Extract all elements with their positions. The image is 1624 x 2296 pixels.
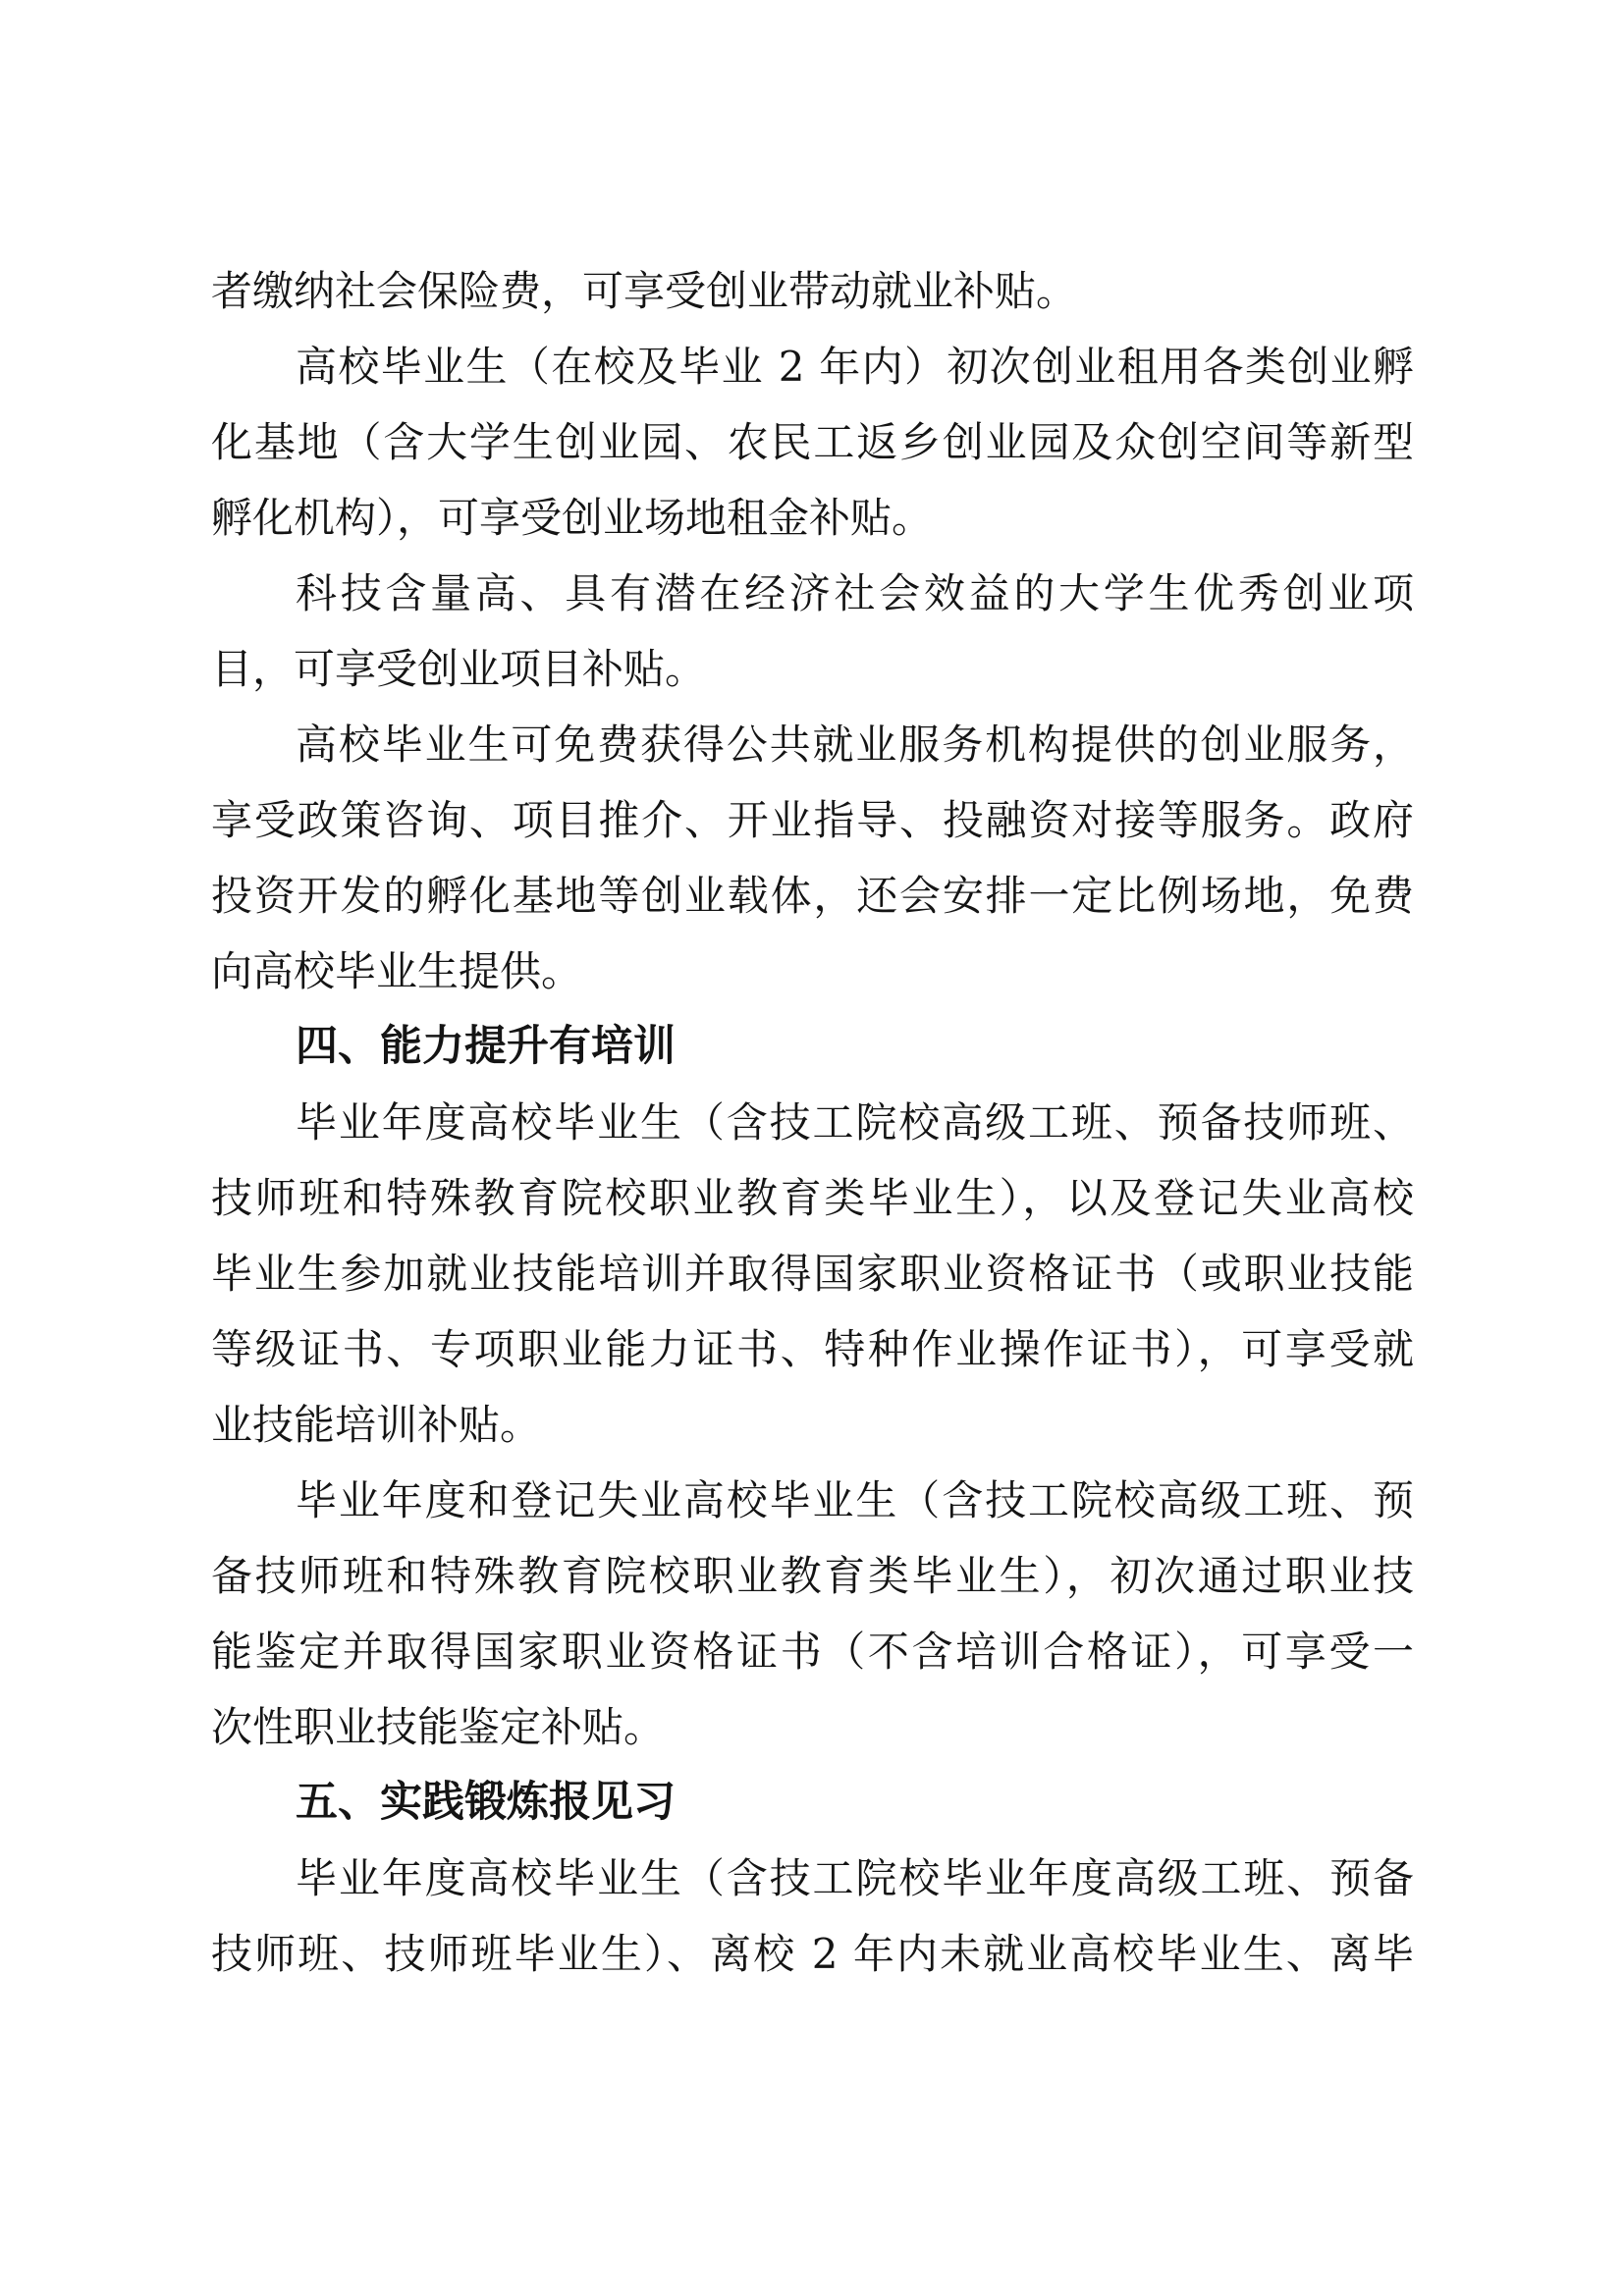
text-line: 技师班和特殊教育院校职业教育类毕业生），以及登记失业高校 — [211, 1160, 1414, 1236]
text-line: 毕业年度高校毕业生（含技工院校毕业年度高级工班、预备 — [211, 1841, 1414, 1916]
text-line: 目，可享受创业项目补贴。 — [211, 631, 1414, 707]
text-line: 高校毕业生（在校及毕业 2 年内）初次创业租用各类创业孵 — [211, 329, 1414, 404]
paragraph: 毕业年度高校毕业生（含技工院校毕业年度高级工班、预备 技师班、技师班毕业生）、离… — [211, 1841, 1414, 1992]
section-heading-4: 四、能力提升有培训 — [211, 1009, 1414, 1085]
text-line: 能鉴定并取得国家职业资格证书（不含培训合格证），可享受一 — [211, 1614, 1414, 1689]
text-line: 技师班、技师班毕业生）、离校 2 年内未就业高校毕业生、离毕 — [211, 1916, 1414, 1992]
text-line: 备技师班和特殊教育院校职业教育类毕业生），初次通过职业技 — [211, 1538, 1414, 1614]
text-line: 次性职业技能鉴定补贴。 — [211, 1689, 1414, 1765]
text-line: 等级证书、专项职业能力证书、特种作业操作证书），可享受就 — [211, 1311, 1414, 1387]
text-block: 者缴纳社会保险费，可享受创业带动就业补贴。 高校毕业生（在校及毕业 2 年内）初… — [211, 253, 1414, 1992]
text-line: 科技含量高、具有潜在经济社会效益的大学生优秀创业项 — [211, 556, 1414, 631]
heading-text: 四、能力提升有培训 — [211, 1009, 1414, 1085]
paragraph-continuation: 者缴纳社会保险费，可享受创业带动就业补贴。 — [211, 253, 1414, 329]
text-line: 毕业生参加就业技能培训并取得国家职业资格证书（或职业技能 — [211, 1236, 1414, 1311]
text-line: 向高校毕业生提供。 — [211, 934, 1414, 1009]
document-page: 者缴纳社会保险费，可享受创业带动就业补贴。 高校毕业生（在校及毕业 2 年内）初… — [0, 0, 1624, 2296]
text-line: 业技能培训补贴。 — [211, 1387, 1414, 1463]
paragraph: 毕业年度和登记失业高校毕业生（含技工院校高级工班、预 备技师班和特殊教育院校职业… — [211, 1463, 1414, 1765]
text-line: 者缴纳社会保险费，可享受创业带动就业补贴。 — [211, 253, 1414, 329]
text-line: 化基地（含大学生创业园、农民工返乡创业园及众创空间等新型 — [211, 404, 1414, 480]
text-line: 投资开发的孵化基地等创业载体，还会安排一定比例场地，免费 — [211, 858, 1414, 934]
paragraph: 高校毕业生可免费获得公共就业服务机构提供的创业服务， 享受政策咨询、项目推介、开… — [211, 707, 1414, 1009]
text-line: 毕业年度和登记失业高校毕业生（含技工院校高级工班、预 — [211, 1463, 1414, 1538]
section-heading-5: 五、实践锻炼报见习 — [211, 1765, 1414, 1841]
heading-text: 五、实践锻炼报见习 — [211, 1765, 1414, 1841]
paragraph: 科技含量高、具有潜在经济社会效益的大学生优秀创业项 目，可享受创业项目补贴。 — [211, 556, 1414, 707]
text-line: 享受政策咨询、项目推介、开业指导、投融资对接等服务。政府 — [211, 782, 1414, 858]
text-line: 孵化机构），可享受创业场地租金补贴。 — [211, 480, 1414, 556]
text-line: 毕业年度高校毕业生（含技工院校高级工班、预备技师班、 — [211, 1085, 1414, 1160]
paragraph: 毕业年度高校毕业生（含技工院校高级工班、预备技师班、 技师班和特殊教育院校职业教… — [211, 1085, 1414, 1463]
paragraph: 高校毕业生（在校及毕业 2 年内）初次创业租用各类创业孵 化基地（含大学生创业园… — [211, 329, 1414, 556]
text-line: 高校毕业生可免费获得公共就业服务机构提供的创业服务， — [211, 707, 1414, 782]
